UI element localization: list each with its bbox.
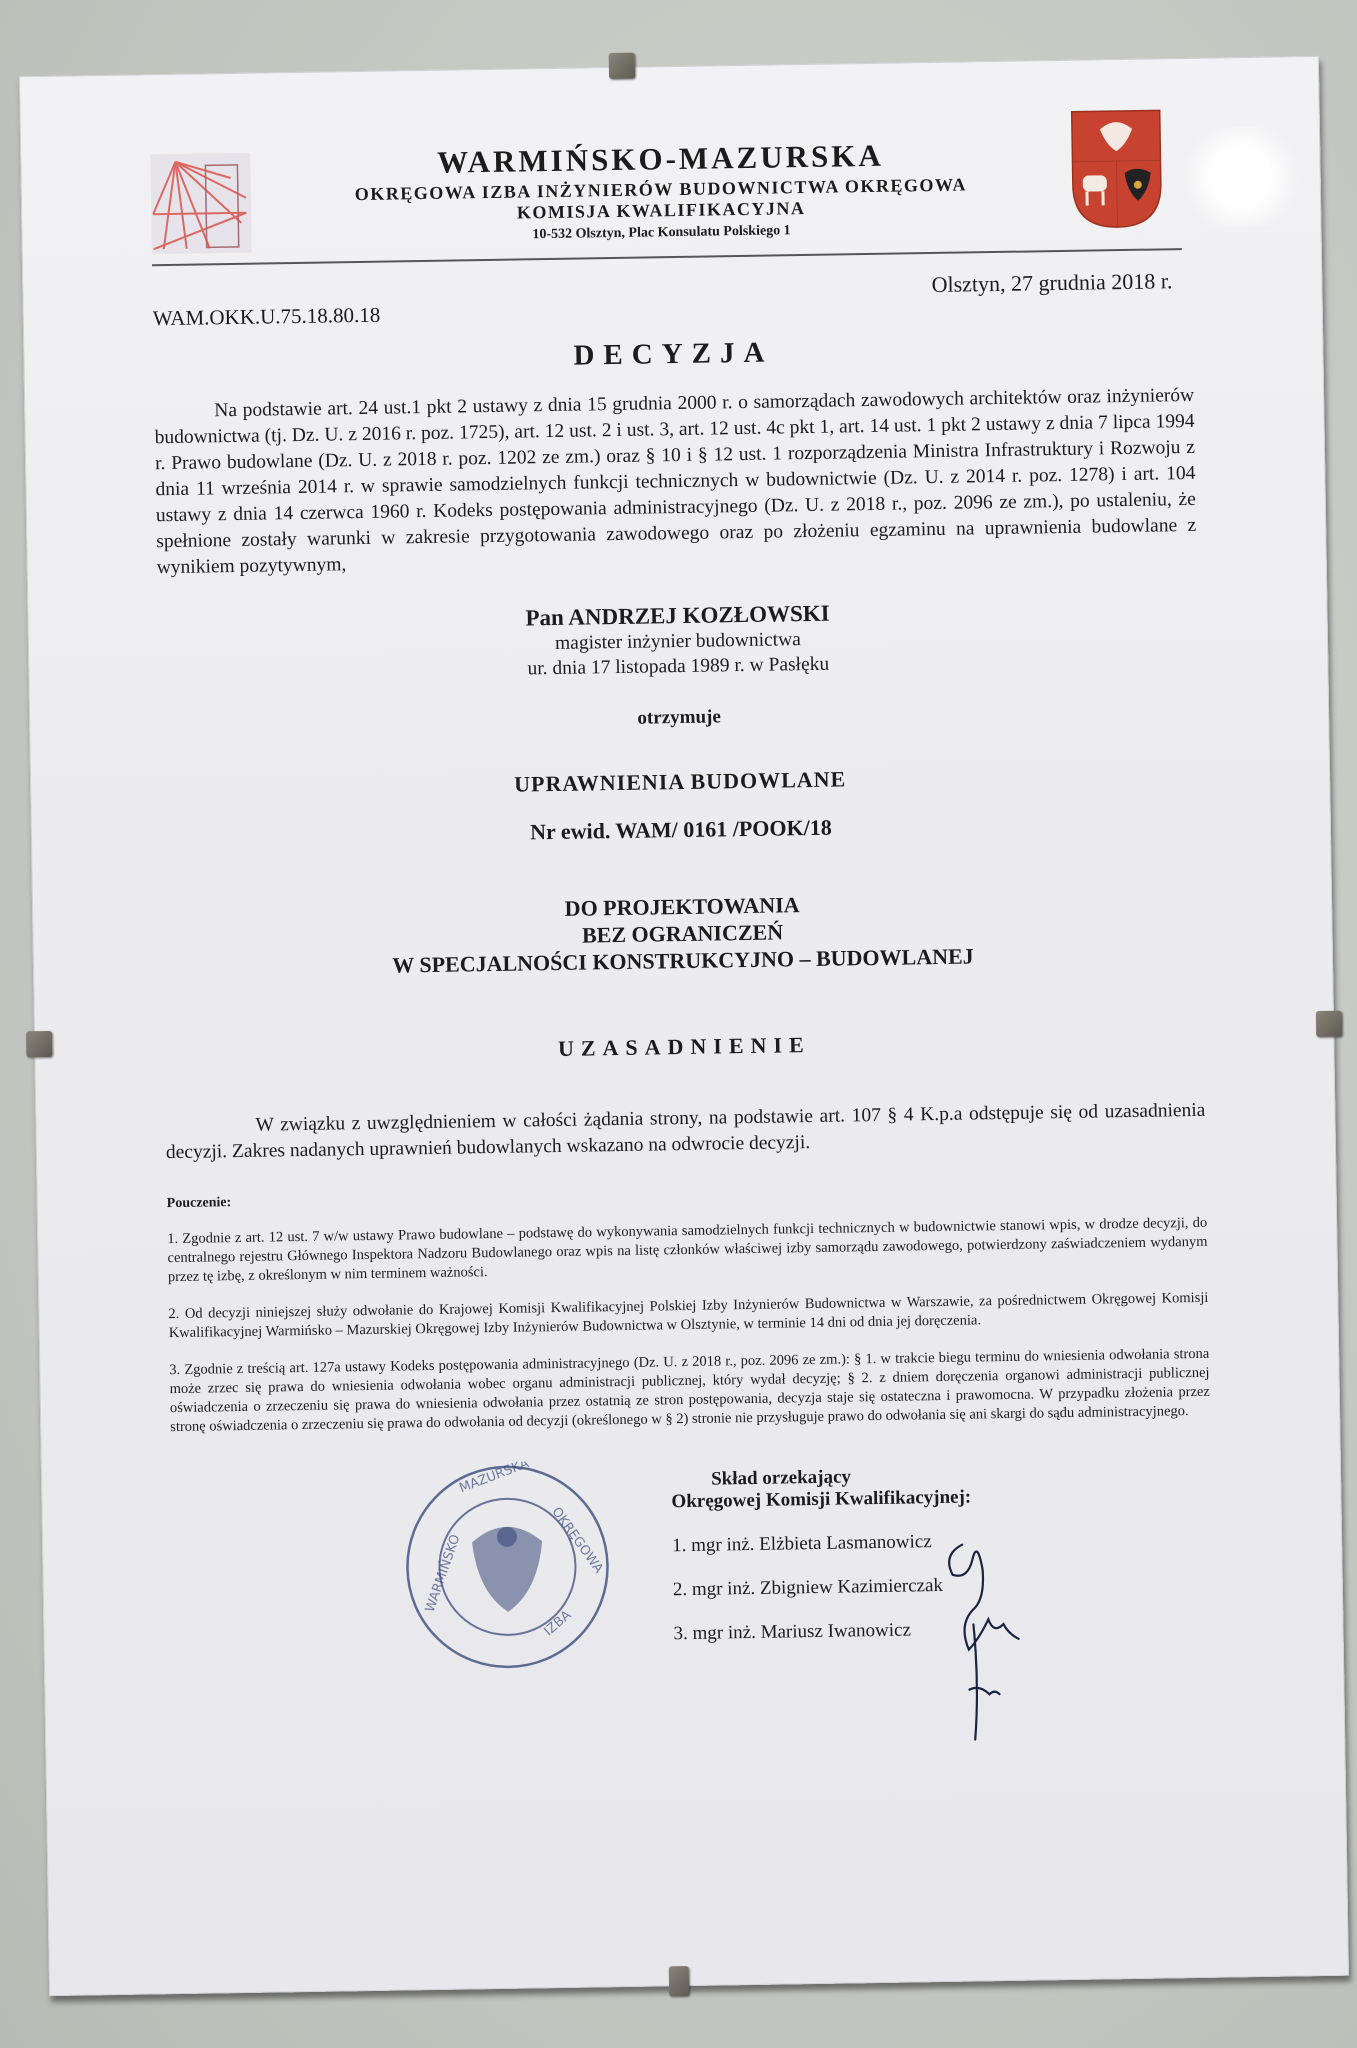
- registry-number: Nr ewid. WAM/ 0161 /POOK/18: [161, 809, 1201, 851]
- frame-clip-top: [609, 53, 635, 79]
- instruction-item: 3. Zgodnie z treścią art. 127a ustawy Ko…: [169, 1345, 1210, 1437]
- justification-text: W związku z uwzględnieniem w całości żąd…: [165, 1098, 1206, 1166]
- committee-panel: Skład orzekający Okręgowej Komisji Kwali…: [671, 1465, 973, 1646]
- svg-text:OKRĘGOWA: OKRĘGOWA: [548, 1505, 606, 1577]
- permission-scope: DO PROJEKTOWANIA BEZ OGRANICZEŃ W SPECJA…: [162, 885, 1203, 982]
- engineering-chamber-logo-icon: [150, 153, 252, 255]
- permission-title: UPRAWNIENIA BUDOWLANE: [160, 761, 1200, 803]
- committee-member: 3. mgr inż. Mariusz Iwanowicz: [673, 1619, 973, 1646]
- instructions-label: Pouczenie:: [167, 1180, 1207, 1212]
- letterhead: WARMIŃSKO-MAZURSKA OKRĘGOWA IZBA INŻYNIE…: [149, 88, 1192, 274]
- place-and-date: Olsztyn, 27 grudnia 2018 r.: [931, 268, 1172, 298]
- frame-clip-left: [26, 1031, 52, 1057]
- frame-clip-bottom: [669, 1966, 689, 1996]
- letterhead-rule: [152, 248, 1182, 266]
- svg-text:IZBA: IZBA: [541, 1608, 574, 1639]
- case-number: WAM.OKK.U.75.18.80.18: [153, 303, 381, 332]
- receives-label: otrzymuje: [159, 699, 1199, 737]
- official-stamp-icon: MAZURSKA OKRĘGOWA WARMIŃSKO IZBA: [401, 1460, 614, 1673]
- signature-icon: [932, 1523, 1055, 1745]
- instruction-item: 1. Zgodnie z art. 12 ust. 7 w/w ustawy P…: [167, 1214, 1208, 1287]
- light-glare: [1180, 126, 1302, 228]
- committee-member: 2. mgr inż. Zbigniew Kazimierczak: [673, 1575, 973, 1602]
- recipient-block: Pan ANDRZEJ KOZŁOWSKI magister inżynier …: [157, 595, 1203, 982]
- instruction-item: 2. Od decyzji niniejszej służy odwołanie…: [168, 1289, 1208, 1343]
- justification-title: UZASADNIENIE: [164, 1026, 1204, 1068]
- committee-member: 1. mgr inż. Elżbieta Lasmanowicz: [672, 1531, 972, 1558]
- letterhead-text: WARMIŃSKO-MAZURSKA OKRĘGOWA IZBA INŻYNIE…: [260, 135, 1061, 248]
- decision-document: WARMIŃSKO-MAZURSKA OKRĘGOWA IZBA INŻYNIE…: [149, 88, 1215, 1737]
- frame-clip-right: [1316, 1011, 1342, 1037]
- coat-of-arms-icon: [1070, 108, 1164, 229]
- legal-basis-paragraph: Na podstawie art. 24 ust.1 pkt 2 ustawy …: [154, 383, 1197, 581]
- glass-frame: WARMIŃSKO-MAZURSKA OKRĘGOWA IZBA INŻYNIE…: [19, 56, 1349, 1996]
- signature-area: MAZURSKA OKRĘGOWA WARMIŃSKO IZBA Skład o…: [171, 1441, 1215, 1737]
- svg-text:MAZURSKA: MAZURSKA: [457, 1460, 531, 1496]
- committee-subheading: Okręgowej Komisji Kwalifikacyjnej:: [671, 1487, 971, 1514]
